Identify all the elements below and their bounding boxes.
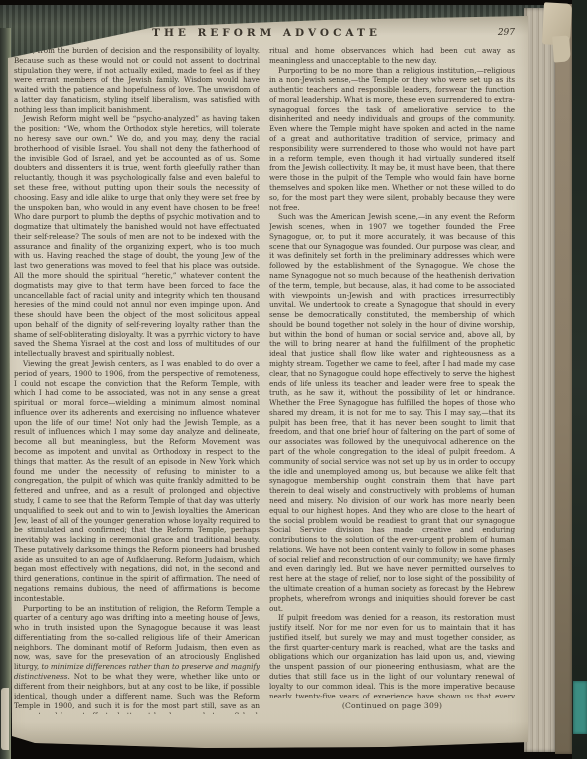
right-column-text: ritual and home observances which had be…	[269, 46, 515, 698]
paragraph: Purporting to be no more than a religiou…	[269, 66, 515, 213]
paragraph: Adler, from the burden of decision and t…	[14, 46, 260, 114]
book-fore-edge	[524, 8, 557, 752]
paragraph: ritual and home observances which had be…	[269, 46, 515, 66]
paragraph: Jewish Reform might well be “psycho-anal…	[14, 114, 260, 359]
text-columns: Adler, from the burden of decision and t…	[14, 46, 515, 714]
book-cover	[572, 0, 587, 759]
paragraph: Purporting to be an institution of relig…	[14, 604, 260, 714]
paragraph: Viewing the great Jewish centers, as I w…	[14, 359, 260, 604]
torn-paper	[552, 35, 571, 62]
continued-note: (Continued on page 309)	[269, 701, 515, 711]
paragraph: If pulpit freedom was denied for a reaso…	[269, 613, 515, 698]
page-bottom-sliver	[1, 688, 9, 750]
scan-page: May 7, 1932 THE REFORM ADVOCATE 297 Adle…	[5, 13, 528, 751]
paragraph: Such was the American Jewish scene,—in a…	[269, 212, 515, 613]
teal-label	[573, 681, 587, 734]
left-column: Adler, from the burden of decision and t…	[14, 46, 260, 714]
right-column: ritual and home observances which had be…	[269, 46, 515, 714]
page-number: 297	[498, 28, 515, 38]
